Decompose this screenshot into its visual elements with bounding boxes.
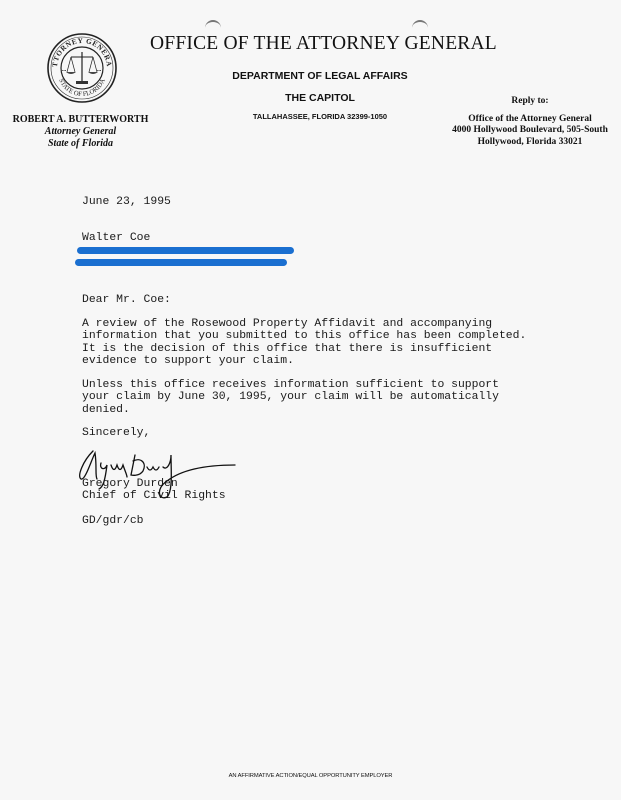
reference-initials: GD/gdr/cb (82, 515, 144, 527)
city-line: TALLAHASSEE, FLORIDA 32399-1050 (170, 112, 470, 121)
reply-to-block: Reply to: Office of the Attorney General… (440, 96, 620, 148)
punch-hole-left (205, 20, 221, 30)
attorney-general-block: ROBERT A. BUTTERWORTH Attorney General S… (8, 114, 153, 150)
building-name: THE CAPITOL (170, 92, 470, 104)
punch-hole-right (412, 20, 428, 30)
attorney-general-name: ROBERT A. BUTTERWORTH (8, 114, 153, 126)
signer-name: Gregory Durden (82, 478, 178, 490)
footer-equal-opportunity: AN AFFIRMATIVE ACTION/EQUAL OPPORTUNITY … (0, 773, 621, 779)
redaction-mark (77, 247, 294, 254)
svg-text:ATTORNEY GENERAL: ATTORNEY GENERAL (46, 32, 113, 68)
recipient-name: Walter Coe (82, 232, 150, 244)
office-title: OFFICE OF THE ATTORNEY GENERAL (150, 33, 497, 55)
reply-to-line: 4000 Hollywood Boulevard, 505-South (440, 125, 620, 137)
department-name: DEPARTMENT OF LEGAL AFFAIRS (170, 70, 470, 82)
reply-to-line: Hollywood, Florida 33021 (440, 137, 620, 149)
body-paragraph: A review of the Rosewood Property Affida… (82, 318, 526, 367)
letter-date: June 23, 1995 (82, 196, 171, 208)
body-paragraph: Unless this office receives information … (82, 379, 499, 416)
redaction-mark (75, 259, 287, 266)
reply-to-line: Office of the Attorney General (440, 114, 620, 126)
svg-text:•••: ••• (97, 68, 102, 73)
attorney-general-state: State of Florida (8, 138, 153, 150)
svg-text:•••: ••• (62, 68, 67, 73)
attorney-general-title: Attorney General (8, 126, 153, 138)
salutation: Dear Mr. Coe: (82, 294, 171, 306)
closing: Sincerely, (82, 427, 150, 439)
reply-to-label: Reply to: (440, 96, 620, 108)
attorney-general-seal-icon: ATTORNEY GENERAL STATE OF FLORIDA ••• ••… (46, 32, 118, 104)
signer-title: Chief of Civil Rights (82, 490, 226, 502)
